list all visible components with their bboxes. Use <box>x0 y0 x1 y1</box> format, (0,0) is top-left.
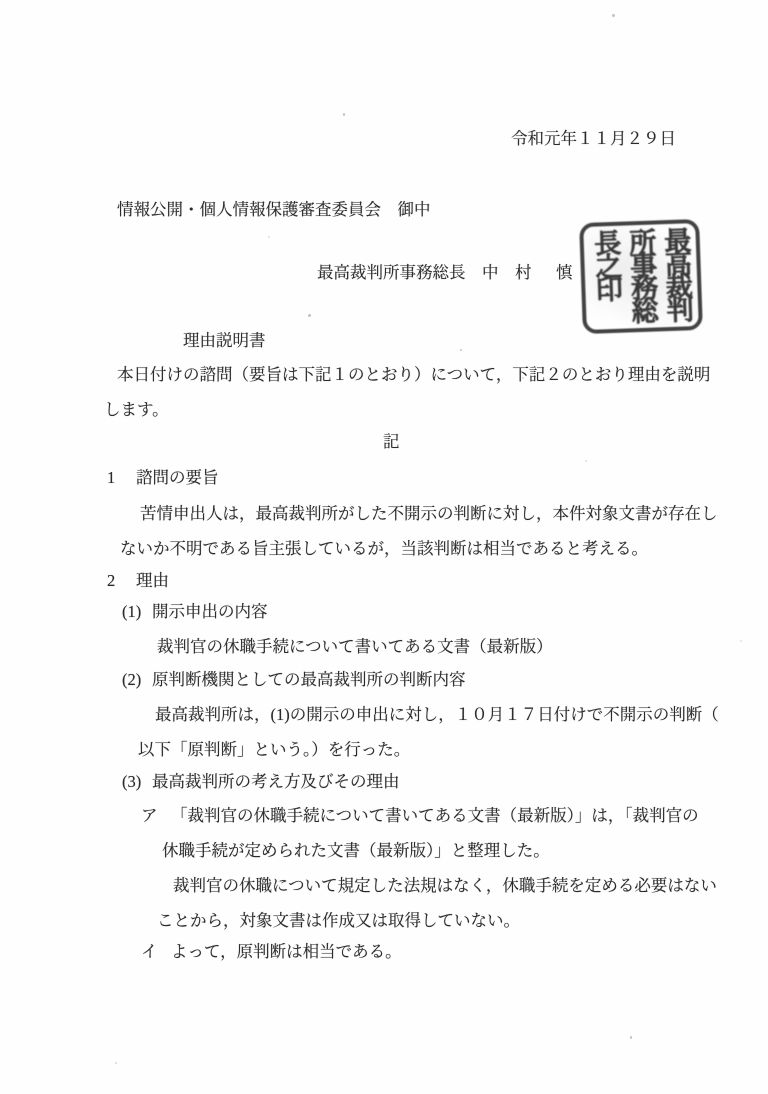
scan-speck <box>308 314 311 317</box>
scan-speck <box>585 460 587 462</box>
ki-marker: 記 <box>383 431 400 453</box>
subsection-1-heading: (1)開示申出の内容 <box>122 601 268 623</box>
sender-given-name: 慎 <box>556 262 573 284</box>
section-1-body-line-1: 苦情申出人は，最高裁判所がした不開示の判断に対し，本件対象文書が存在し <box>140 503 718 525</box>
subsection-1-number: (1) <box>122 601 152 623</box>
item-a-marker: ア <box>141 805 171 827</box>
scanned-document-page: 令和元年１１月２９日 情報公開・個人情報保護審査委員会 御中 最高裁判所事務総長… <box>0 0 768 1094</box>
section-1-heading-text: 諮問の要旨 <box>136 468 219 487</box>
section-2-heading-text: 理由 <box>136 571 169 590</box>
scan-speck <box>612 14 615 17</box>
section-1-number: 1 <box>107 467 136 489</box>
scan-speck <box>343 113 345 116</box>
scan-speck <box>740 640 742 642</box>
subsection-1-body-line-1: 裁判官の休職手続について書いてある文書（最新版） <box>157 636 553 658</box>
item-a-line-2: 休職手続が定められた文書（最新版）」と整理した。 <box>162 840 550 862</box>
item-b-text-1: よって，原判断は相当である。 <box>171 942 402 961</box>
document-title: 理由説明書 <box>183 330 266 352</box>
subsection-3-number: (3) <box>122 771 152 793</box>
sender-title-name: 最高裁判所事務総長 中 村 <box>317 262 532 284</box>
item-b-marker: イ <box>141 941 171 963</box>
subsection-2-heading: (2)原判断機関としての最高裁判所の判断内容 <box>122 669 466 691</box>
subsection-2-body-line-2: 以下「原判断」という。）を行った。 <box>138 739 410 761</box>
document-date: 令和元年１１月２９日 <box>511 128 676 150</box>
subsection-2-number: (2) <box>122 669 152 691</box>
section-1-body-line-2: ないか不明である旨主張しているが，当該判断は相当であると考える。 <box>120 538 648 560</box>
scan-speck <box>460 349 462 351</box>
item-a-line-4: ことから，対象文書は作成又は取得していない。 <box>157 910 520 932</box>
section-1-heading: 1諮問の要旨 <box>107 467 219 489</box>
item-a-text-1: 「裁判官の休職手続について書いてある文書（最新版）」は，「裁判官の <box>171 806 699 825</box>
intro-line-2: します。 <box>104 399 169 421</box>
section-2-number: 2 <box>107 570 136 592</box>
addressee: 情報公開・個人情報保護審査委員会 御中 <box>117 199 431 221</box>
subsection-2-heading-text: 原判断機関としての最高裁判所の判断内容 <box>152 670 466 689</box>
section-2-heading: 2理由 <box>107 570 169 592</box>
item-b-line-1: イよって，原判断は相当である。 <box>141 941 402 963</box>
scan-speck <box>268 236 270 238</box>
intro-line-1: 本日付けの諮問（要旨は下記１のとおり）について，下記２のとおり理由を説明 <box>117 364 710 386</box>
subsection-3-heading: (3)最高裁判所の考え方及びその理由 <box>122 771 400 793</box>
subsection-3-heading-text: 最高裁判所の考え方及びその理由 <box>152 772 400 791</box>
scan-speck <box>115 1062 117 1064</box>
seal-characters: 最高裁判所事務総長之印 <box>587 226 695 328</box>
item-a-line-3: 裁判官の休職について規定した法規はなく，休職手続を定める必要はない <box>173 875 717 897</box>
official-seal-stamp: 最高裁判所事務総長之印 <box>579 219 703 334</box>
subsection-2-body-line-1: 最高裁判所は，(1)の開示の申出に対し，１０月１７日付けで不開示の判断（ <box>155 704 719 726</box>
subsection-1-heading-text: 開示申出の内容 <box>152 602 268 621</box>
scan-speck <box>522 377 524 379</box>
scan-speck <box>630 1036 632 1039</box>
item-a-line-1: ア「裁判官の休職手続について書いてある文書（最新版）」は，「裁判官の <box>141 805 699 827</box>
